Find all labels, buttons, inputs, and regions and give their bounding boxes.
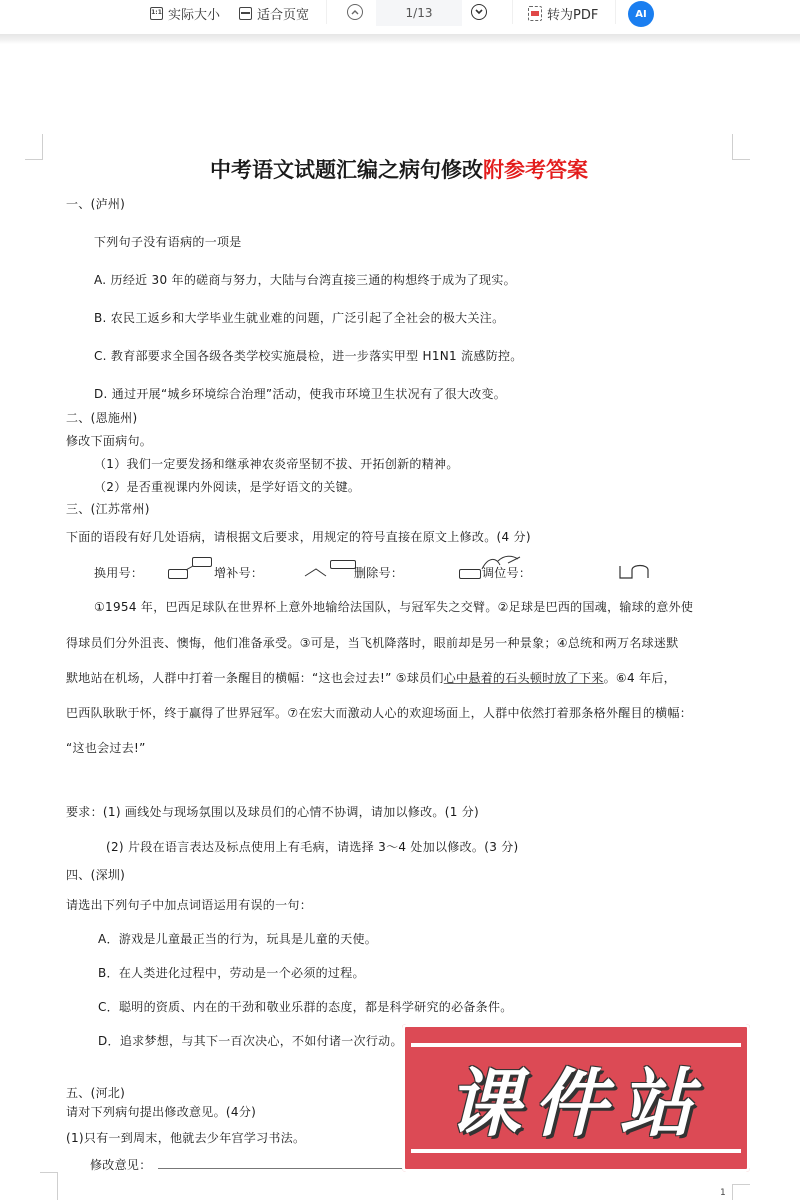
requirement-2: (2) 片段在语言表达及标点使用上有毛病，请选择 3～4 处加以修改。(3 分) bbox=[106, 840, 519, 854]
underlined-text: 心中悬着的石头顿时放了下来 bbox=[444, 671, 604, 685]
replace-symbol-icon bbox=[168, 569, 188, 579]
page-indicator[interactable]: 1/13 bbox=[376, 0, 462, 26]
sentence-item: （1）我们一定要发扬和继承神农炎帝坚韧不拔、开拓创新的精神。 bbox=[94, 457, 459, 471]
answer-label: 修改意见： bbox=[90, 1158, 152, 1172]
next-page-button[interactable] bbox=[471, 4, 487, 20]
watermark-inner: 课件站 bbox=[411, 1043, 741, 1153]
actual-size-icon: 1:1 bbox=[150, 7, 163, 20]
section-heading: 二、(恩施州) bbox=[66, 411, 137, 425]
chevron-up-circle-icon bbox=[351, 9, 359, 15]
title-main: 中考语文试题汇编之病句修改 bbox=[210, 157, 483, 182]
page-corner-mark bbox=[25, 134, 43, 160]
toolbar-divider bbox=[615, 0, 616, 24]
page-indicator-text: 1/13 bbox=[406, 6, 433, 20]
passage-text: 默地站在机场，人群中打着一条醒目的横幅：“这也会过去!” ⑤球员们 bbox=[66, 671, 444, 685]
page-corner-mark bbox=[40, 1172, 58, 1200]
option-c: C．聪明的资质、内在的干劲和敬业乐群的态度，都是科学研究的必备条件。 bbox=[98, 1000, 513, 1014]
fit-width-icon bbox=[239, 7, 252, 20]
section-heading: 四、(深圳) bbox=[66, 868, 125, 882]
delete-symbol-icon bbox=[459, 569, 481, 579]
section-prompt: 下面的语段有好几处语病，请根据文后要求，用规定的符号直接在原文上修改。(4 分) bbox=[66, 530, 531, 544]
option-c: C. 教育部要求全国各级各类学校实施晨检，进一步落实甲型 H1N1 流感防控。 bbox=[94, 349, 523, 363]
passage-line: 默地站在机场，人群中打着一条醒目的横幅：“这也会过去!” ⑤球员们心中悬着的石头… bbox=[66, 671, 676, 685]
actual-size-label: 实际大小 bbox=[168, 4, 220, 23]
symbol-label-swap: 调位号： bbox=[482, 566, 531, 580]
section-prompt: 请对下列病句提出修改意见。(4分) bbox=[66, 1105, 256, 1119]
toolbar-divider bbox=[326, 0, 327, 24]
option-a: A. 历经近 30 年的磋商与努力，大陆与台湾直接三通的构想终于成为了现实。 bbox=[94, 273, 516, 287]
page-number: 1 bbox=[720, 1188, 726, 1198]
convert-pdf-button[interactable]: 转为PDF bbox=[528, 0, 598, 26]
pdf-convert-icon bbox=[528, 6, 542, 21]
section-prompt: 请选出下列句子中加点词语运用有误的一句： bbox=[66, 898, 312, 912]
option-d: D．追求梦想，与其下一百次决心，不如付诸一次行动。 bbox=[98, 1034, 403, 1048]
toolbar-divider bbox=[512, 0, 513, 24]
page-corner-mark bbox=[732, 1184, 750, 1200]
replace-symbol-connector bbox=[186, 565, 194, 571]
passage-line: ①1954 年，巴西足球队在世界杯上意外地输给法国队，与冠军失之交臂。②足球是巴… bbox=[94, 600, 693, 614]
prev-page-button[interactable] bbox=[347, 4, 363, 20]
ai-assistant-button[interactable]: AI bbox=[628, 1, 654, 27]
section-heading: 五、(河北) bbox=[66, 1086, 125, 1100]
chevron-down-circle-icon bbox=[475, 9, 483, 15]
passage-text: 。⑥4 年后， bbox=[604, 671, 676, 685]
requirement-1: 要求：(1) 画线处与现场氛围以及球员们的心情不协调，请加以修改。(1 分) bbox=[66, 805, 479, 819]
section-prompt: 下列句子没有语病的一项是 bbox=[94, 235, 242, 249]
convert-pdf-label: 转为PDF bbox=[547, 4, 598, 23]
fit-width-label: 适合页宽 bbox=[257, 4, 309, 23]
option-b: B. 农民工返乡和大学毕业生就业难的问题，广泛引起了全社会的极大关注。 bbox=[94, 311, 504, 325]
insert-symbol-box bbox=[330, 560, 356, 569]
passage-line: “这也会过去!” bbox=[66, 741, 146, 755]
symbol-label-insert: 增补号： bbox=[214, 566, 263, 580]
watermark-stamp: 课件站 bbox=[402, 1024, 750, 1172]
option-b: B．在人类进化过程中，劳动是一个必须的过程。 bbox=[98, 966, 365, 980]
title-highlight: 附参考答案 bbox=[483, 157, 588, 182]
toolbar-shadow bbox=[0, 34, 800, 44]
sentence-item: (1)只有一到周末，他就去少年宫学习书法。 bbox=[66, 1131, 305, 1145]
section-heading: 一、(泸州) bbox=[66, 197, 125, 211]
passage-line: 巴西队耿耿于怀，终于赢得了世界冠军。⑦在宏大而激动人心的欢迎场面上，人群中依然打… bbox=[66, 706, 692, 720]
sentence-item: （2）是否重视课内外阅读，是学好语文的关键。 bbox=[94, 480, 360, 494]
section-prompt: 修改下面病句。 bbox=[66, 434, 152, 448]
replace-symbol-icon bbox=[192, 557, 212, 567]
symbol-label-replace: 换用号： bbox=[94, 566, 143, 580]
actual-size-button[interactable]: 1:1 实际大小 bbox=[150, 0, 220, 26]
document-title: 中考语文试题汇编之病句修改附参考答案 bbox=[210, 158, 588, 182]
passage-line: 得球员们分外沮丧、懊悔，他们准备承受。③可是，当飞机降落时，眼前却是另一种景象；… bbox=[66, 636, 679, 650]
symbol-label-delete: 删除号： bbox=[354, 566, 403, 580]
viewer-toolbar: 1:1 实际大小 适合页宽 1/13 转为PDF AI bbox=[0, 0, 800, 34]
option-d: D. 通过开展“城乡环境综合治理”活动，使我市环境卫生状况有了很大改变。 bbox=[94, 387, 506, 401]
option-a: A．游戏是儿童最正当的行为，玩具是儿童的天使。 bbox=[98, 932, 377, 946]
section-heading: 三、(江苏常州) bbox=[66, 502, 150, 516]
watermark-text: 课件站 bbox=[447, 1045, 705, 1151]
swap-symbol-icon bbox=[618, 564, 652, 580]
fit-width-button[interactable]: 适合页宽 bbox=[239, 0, 309, 26]
ai-assistant-icon: AI bbox=[635, 9, 646, 20]
page-corner-mark bbox=[732, 134, 750, 160]
